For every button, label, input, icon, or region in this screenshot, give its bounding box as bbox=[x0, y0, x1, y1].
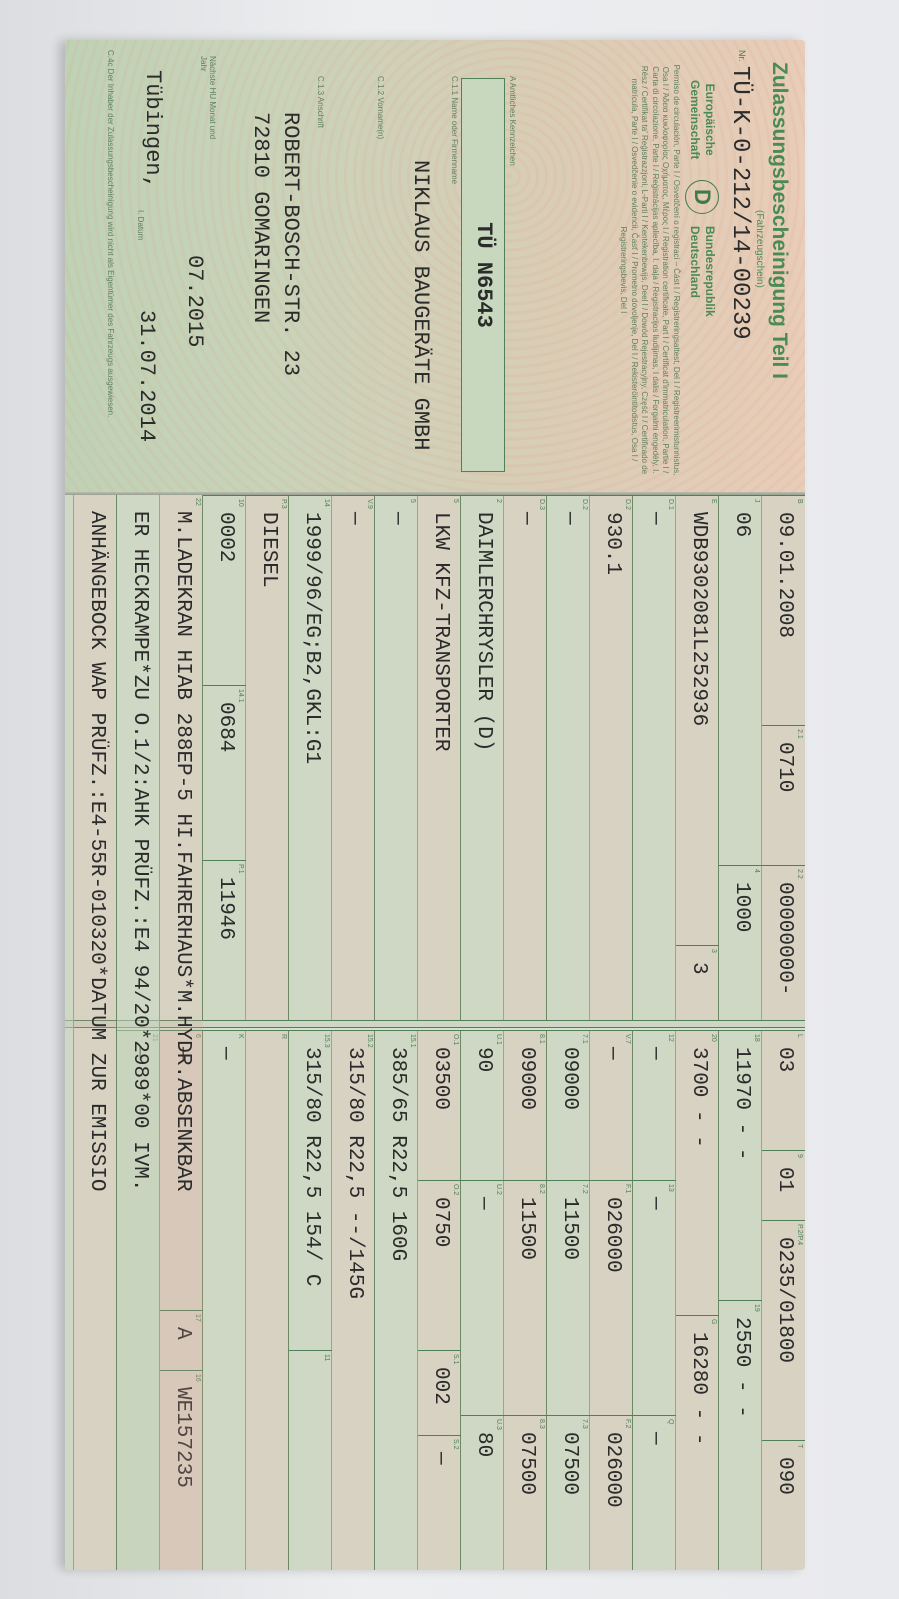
field-code: 14.1 bbox=[237, 689, 244, 703]
field-cell: U.380 bbox=[461, 1415, 504, 1570]
field-value: — bbox=[644, 1047, 667, 1060]
field-cell: F.1026000 bbox=[590, 1180, 633, 1416]
field-cell: EWDB9302081L252936 bbox=[676, 495, 719, 946]
holder-name-label: C.1.1 Name oder Firmenname bbox=[450, 76, 459, 184]
field-cell: G16280 - - bbox=[676, 1315, 719, 1570]
field-row: 8.1090008.2115008.307500 bbox=[503, 1030, 547, 1570]
field-value: WDB9302081L252936 bbox=[687, 512, 710, 726]
field-code: E bbox=[710, 499, 717, 504]
first-name-label: C.1.2 Vorname(n) bbox=[376, 76, 385, 139]
field-value: 930.1 bbox=[601, 512, 624, 575]
field-cell: P.2/P.40235/01800 bbox=[762, 1220, 805, 1441]
field-cell: 15.1385/65 R22,5 160G bbox=[375, 1030, 418, 1570]
field-row: 7.1090007.2115007.307500 bbox=[546, 1030, 590, 1570]
multilingual-titles: Permiso de circulación, Parte I / Osvedč… bbox=[618, 60, 681, 480]
field-row: K— bbox=[202, 1030, 246, 1570]
field-cell: 192550 - - bbox=[719, 1300, 762, 1570]
field-value: DIESEL bbox=[257, 512, 280, 588]
field-cell: T090 bbox=[762, 1440, 805, 1570]
field-cell: V.9— bbox=[332, 495, 375, 1021]
field-code: P.2/P.4 bbox=[796, 1224, 803, 1245]
field-cell: J06 bbox=[719, 495, 762, 866]
field-value: 3 bbox=[687, 962, 710, 975]
field-cell: 12— bbox=[633, 1030, 676, 1181]
eu-label: Europäische Gemeinschaft bbox=[687, 80, 717, 159]
remarks-line: M.LADEKRAN HIAB 288EP-5 HI.FAHRERHAUS*M.… bbox=[171, 511, 194, 1192]
field-code: D.2 bbox=[624, 499, 631, 510]
field-cell: 11 bbox=[289, 1350, 332, 1570]
brd-label: Bundesrepublik Deutschland bbox=[687, 226, 717, 317]
field-cell: D.3— bbox=[504, 495, 547, 1021]
field-value: 11970 - - bbox=[730, 1047, 753, 1160]
remarks-row: ANHÄNGEBOCK WAP PRÜFZ.:E4-55R-010320*DAT… bbox=[73, 495, 117, 1570]
field-row: 5— bbox=[374, 495, 418, 1020]
issue-date: 31.07.2014 bbox=[134, 310, 159, 442]
field-code: G bbox=[710, 1319, 717, 1324]
remarks-line: ER HECKRAMPE*ZU O.1/2:AHK PRÜFZ.:E4 94/2… bbox=[128, 511, 151, 1192]
field-cell: 15.2315/80 R22,5 --/145G bbox=[332, 1030, 375, 1570]
field-code: 10 bbox=[237, 499, 244, 507]
field-row: D.2930.1 bbox=[589, 495, 633, 1020]
next-hu-date: 07.2015 bbox=[182, 255, 207, 347]
field-cell: D.2930.1 bbox=[590, 495, 633, 1021]
field-cell: U.190 bbox=[461, 1030, 504, 1181]
field-cell: R bbox=[246, 1030, 289, 1570]
remarks-row: NSKLASSE: 09.01.2008* bbox=[65, 495, 74, 1570]
field-value: 2550 - - bbox=[730, 1317, 753, 1418]
field-cell: 5— bbox=[375, 495, 418, 1021]
field-row: R bbox=[245, 1030, 289, 1570]
field-code: D.2 bbox=[581, 499, 588, 510]
field-code: 7.1 bbox=[581, 1034, 588, 1044]
field-value: 026000 bbox=[601, 1432, 624, 1508]
field-value: 315/80 R22,5 --/145G bbox=[343, 1047, 366, 1299]
field-code: 18 bbox=[753, 1034, 760, 1042]
field-value: — bbox=[429, 1452, 452, 1465]
technical-data-page: B09.01.20082.107102.200000000-J0641000EW… bbox=[65, 495, 805, 1570]
document-subtitle: (Fahrzeugschein) bbox=[754, 210, 765, 288]
field-cell: 8.211500 bbox=[504, 1180, 547, 1416]
field-row: J0641000 bbox=[718, 495, 762, 1020]
brd-line-1: Bundesrepublik bbox=[702, 226, 717, 317]
field-row: B09.01.20082.107102.200000000- bbox=[761, 495, 805, 1020]
field-row: 5LKW KFZ-TRANSPORTER bbox=[417, 495, 461, 1020]
field-cell: 2.200000000- bbox=[762, 865, 805, 1021]
field-cell: 1811970 - - bbox=[719, 1030, 762, 1301]
field-code: 2.1 bbox=[796, 729, 803, 739]
field-cell: D.1— bbox=[633, 495, 676, 1021]
field-code: 15.1 bbox=[409, 1034, 416, 1048]
field-value: 16280 - - bbox=[687, 1332, 710, 1445]
field-code: 11 bbox=[323, 1354, 330, 1361]
field-value: 06 bbox=[730, 512, 753, 537]
field-value: 03500 bbox=[429, 1047, 452, 1110]
field-value: — bbox=[644, 1197, 667, 1210]
field-cell: D.2— bbox=[547, 495, 590, 1021]
field-cell: 41000 bbox=[719, 865, 762, 1021]
field-value: 01 bbox=[773, 1167, 796, 1192]
field-value: 0002 bbox=[214, 512, 237, 562]
ownership-note: C.4c Der Inhaber der Zulassungsbescheini… bbox=[106, 50, 115, 480]
field-code: 15.3 bbox=[323, 1034, 330, 1048]
field-value: 0684 bbox=[214, 702, 237, 752]
field-code: S.1 bbox=[452, 1354, 459, 1365]
field-row: P.3DIESEL bbox=[245, 495, 289, 1020]
document-number: TÜ-K-0-212/14-00239 bbox=[726, 66, 753, 340]
field-cell: S.1002 bbox=[418, 1350, 461, 1436]
address-line-2: 72810 GOMARINGEN bbox=[248, 112, 273, 323]
field-cell: L03 bbox=[762, 1030, 805, 1151]
field-cell: 7.109000 bbox=[547, 1030, 590, 1181]
field-row: D.2— bbox=[546, 495, 590, 1020]
field-cell: 13— bbox=[633, 1180, 676, 1416]
field-code: D.3 bbox=[538, 499, 545, 510]
remarks-row: ER HECKRAMPE*ZU O.1/2:AHK PRÜFZ.:E4 94/2… bbox=[116, 495, 160, 1570]
field-code: D.1 bbox=[667, 499, 674, 510]
field-code: L bbox=[796, 1034, 803, 1038]
field-code: 8.3 bbox=[538, 1419, 545, 1429]
field-value: — bbox=[644, 512, 667, 525]
field-cell: F.2026000 bbox=[590, 1415, 633, 1570]
field-value: 80 bbox=[472, 1432, 495, 1457]
field-cell: 7.211500 bbox=[547, 1180, 590, 1416]
field-cell: 2DAIMLERCHRYSLER (D) bbox=[461, 495, 504, 1021]
field-code: B bbox=[796, 499, 803, 504]
field-code: F.2 bbox=[624, 1419, 631, 1428]
field-cell: 2.10710 bbox=[762, 725, 805, 866]
field-value: 09000 bbox=[515, 1047, 538, 1110]
field-code: T bbox=[796, 1444, 803, 1448]
field-value: DAIMLERCHRYSLER (D) bbox=[472, 512, 495, 751]
field-cell: 901 bbox=[762, 1150, 805, 1221]
field-code: 19 bbox=[753, 1304, 760, 1312]
field-value: 002 bbox=[429, 1367, 452, 1405]
field-code: Q bbox=[667, 1419, 674, 1424]
remarks-row: 22M.LADEKRAN HIAB 288EP-5 HI.FAHRERHAUS*… bbox=[159, 495, 203, 1570]
field-row: V.9— bbox=[331, 495, 375, 1020]
field-code: V.7 bbox=[624, 1034, 631, 1044]
field-code: 7.2 bbox=[581, 1184, 588, 1194]
field-value: 00000000- bbox=[773, 882, 796, 995]
field-value: 11500 bbox=[515, 1197, 538, 1260]
field-row: D.3— bbox=[503, 495, 547, 1020]
field-row: 2DAIMLERCHRYSLER (D) bbox=[460, 495, 504, 1020]
field-value: 3700 - - bbox=[687, 1047, 710, 1148]
field-cell: 14.10684 bbox=[203, 685, 246, 861]
field-row: D.1— bbox=[632, 495, 676, 1020]
field-value: 0710 bbox=[773, 742, 796, 792]
field-row: 10000214.10684P.111946 bbox=[202, 495, 246, 1020]
field-row: 1811970 - -192550 - - bbox=[718, 1030, 762, 1570]
field-cell: 5LKW KFZ-TRANSPORTER bbox=[418, 495, 461, 1021]
field-cell: O.103500 bbox=[418, 1030, 461, 1181]
field-row: 15.1385/65 R22,5 160G bbox=[374, 1030, 418, 1570]
field-cell: 8.109000 bbox=[504, 1030, 547, 1181]
field-value: 03 bbox=[773, 1047, 796, 1072]
field-value: 026000 bbox=[601, 1197, 624, 1273]
field-value: 07500 bbox=[558, 1432, 581, 1495]
field-code: U.1 bbox=[495, 1034, 502, 1045]
field-value: 385/65 R22,5 160G bbox=[386, 1047, 409, 1261]
field-code: R bbox=[280, 1034, 287, 1039]
field-cell: O.20750 bbox=[418, 1180, 461, 1351]
field-code: O.2 bbox=[452, 1184, 459, 1195]
issue-place: Tübingen, bbox=[140, 70, 165, 189]
field-code: 20 bbox=[710, 1034, 717, 1042]
field-cell: P.3DIESEL bbox=[246, 495, 289, 1021]
field-code: U.2 bbox=[495, 1184, 502, 1195]
field-value: — bbox=[558, 512, 581, 525]
field-row: L03901P.2/P.40235/01800T090 bbox=[761, 1030, 805, 1570]
field-value: LKW KFZ-TRANSPORTER bbox=[429, 512, 452, 751]
brd-line-2: Deutschland bbox=[687, 226, 702, 317]
registration-document: Zulassungsbescheinigung Teil I (Fahrzeug… bbox=[65, 40, 805, 1570]
field-value: 09000 bbox=[558, 1047, 581, 1110]
field-cell: U.2— bbox=[461, 1180, 504, 1416]
field-value: 07500 bbox=[515, 1432, 538, 1495]
eu-line-2: Gemeinschaft bbox=[687, 80, 702, 159]
field-code: 12 bbox=[667, 1034, 674, 1042]
field-value: — bbox=[214, 1047, 237, 1060]
field-cell: 7.307500 bbox=[547, 1415, 590, 1570]
field-code: 13 bbox=[667, 1184, 674, 1192]
field-row: V.7—F.1026000F.2026000 bbox=[589, 1030, 633, 1570]
field-code: 3 bbox=[710, 949, 717, 953]
field-value: 315/80 R22,5 154/ C bbox=[300, 1047, 323, 1286]
field-row: 141999/96/EG;B2,GKL:G1 bbox=[288, 495, 332, 1020]
field-cell: V.7— bbox=[590, 1030, 633, 1181]
field-cell: P.111946 bbox=[203, 860, 246, 1021]
field-value: — bbox=[386, 512, 409, 525]
field-value: — bbox=[601, 1047, 624, 1060]
document-cover-page: Zulassungsbescheinigung Teil I (Fahrzeug… bbox=[65, 40, 805, 495]
field-value: 90 bbox=[472, 1047, 495, 1072]
field-code: U.3 bbox=[495, 1419, 502, 1430]
field-code: 7.3 bbox=[581, 1419, 588, 1429]
field-cell: 203700 - - bbox=[676, 1030, 719, 1316]
field-value: 0750 bbox=[429, 1197, 452, 1247]
field-row: 15.2315/80 R22,5 --/145G bbox=[331, 1030, 375, 1570]
field-code: J bbox=[753, 499, 760, 503]
address-line-1: ROBERT-BOSCH-STR. 23 bbox=[278, 112, 303, 376]
address-label: C.1.3 Anschrift bbox=[316, 76, 325, 128]
field-row: O.103500O.20750S.1002S.2— bbox=[417, 1030, 461, 1570]
field-code: 14 bbox=[323, 499, 330, 507]
field-code: 9 bbox=[796, 1154, 803, 1158]
field-row: 203700 - -G16280 - - bbox=[675, 1030, 719, 1570]
field-row: EWDB9302081L25293633 bbox=[675, 495, 719, 1020]
field-code: 5 bbox=[452, 499, 459, 503]
field-value: — bbox=[343, 512, 366, 525]
field-code: 15.2 bbox=[366, 1034, 373, 1048]
field-cell: S.2— bbox=[418, 1435, 461, 1570]
field-code: P.3 bbox=[280, 499, 287, 509]
field-cell: 15.3315/80 R22,5 154/ C bbox=[289, 1030, 332, 1351]
field-cell: 33 bbox=[676, 945, 719, 1021]
number-label: Nr. bbox=[737, 50, 747, 62]
field-code: O.1 bbox=[452, 1034, 459, 1045]
field-value: — bbox=[644, 1432, 667, 1445]
field-code: F.1 bbox=[624, 1184, 631, 1193]
field-cell: 100002 bbox=[203, 495, 246, 686]
field-cell: 8.307500 bbox=[504, 1415, 547, 1570]
field-code: 8.2 bbox=[538, 1184, 545, 1194]
field-value: — bbox=[515, 512, 538, 525]
field-code: 5 bbox=[409, 499, 416, 503]
field-code: P.1 bbox=[237, 864, 244, 874]
field-cell: B09.01.2008 bbox=[762, 495, 805, 726]
field-value: 0235/01800 bbox=[773, 1237, 796, 1363]
field-code: V.9 bbox=[366, 499, 373, 509]
remarks-line: ANHÄNGEBOCK WAP PRÜFZ.:E4-55R-010320*DAT… bbox=[85, 511, 108, 1192]
field-code: 22 bbox=[194, 498, 201, 506]
field-code: S.2 bbox=[452, 1439, 459, 1450]
field-row: 12—13—Q— bbox=[632, 1030, 676, 1570]
field-cell: K— bbox=[203, 1030, 246, 1570]
issue-date-label: I. Datum bbox=[136, 210, 145, 240]
document-title: Zulassungsbescheinigung Teil I bbox=[767, 62, 791, 379]
field-value: 11500 bbox=[558, 1197, 581, 1260]
license-plate: TÜ N6543 bbox=[471, 79, 496, 471]
field-code: 4 bbox=[753, 869, 760, 873]
field-value: 1000 bbox=[730, 882, 753, 932]
field-value: — bbox=[472, 1197, 495, 1210]
field-value: 09.01.2008 bbox=[773, 512, 796, 638]
next-hu-label: Nächste HU Monat und Jahr bbox=[199, 56, 217, 146]
eu-line-1: Europäische bbox=[702, 80, 717, 159]
field-code: 2.2 bbox=[796, 869, 803, 879]
field-code: 8.1 bbox=[538, 1034, 545, 1044]
plate-box: TÜ N6543 bbox=[461, 78, 505, 472]
field-value: 090 bbox=[773, 1457, 796, 1495]
field-value: 11946 bbox=[214, 877, 237, 940]
country-code-oval-icon: D bbox=[685, 180, 719, 214]
field-code: K bbox=[237, 1034, 244, 1039]
field-cell: 141999/96/EG;B2,GKL:G1 bbox=[289, 495, 332, 1021]
field-code: 2 bbox=[495, 499, 502, 503]
holder-name: NIKLAUS BAUGERÄTE GMBH bbox=[408, 160, 433, 450]
plate-label: A Amtliches Kennzeichen bbox=[508, 76, 517, 166]
field-value: 1999/96/EG;B2,GKL:G1 bbox=[300, 512, 323, 764]
field-row: 15.3315/80 R22,5 154/ C11 bbox=[288, 1030, 332, 1570]
field-row: U.190U.2—U.380 bbox=[460, 1030, 504, 1570]
field-cell: Q— bbox=[633, 1415, 676, 1570]
